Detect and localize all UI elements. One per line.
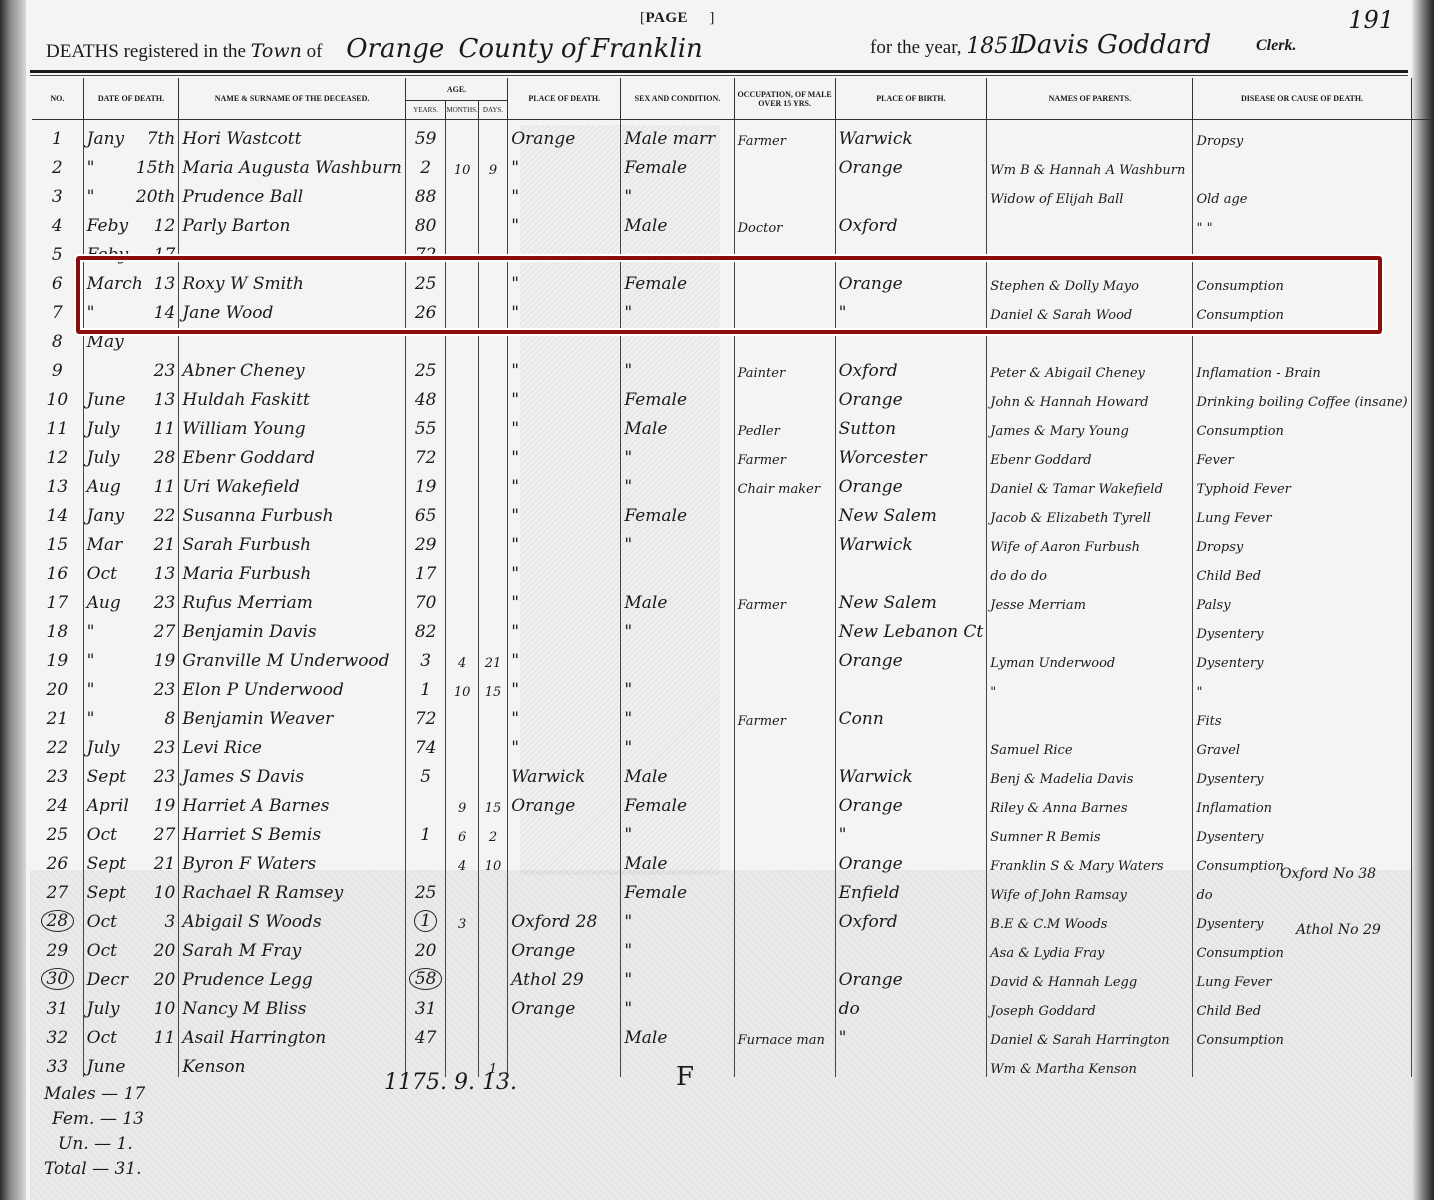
cell-months: [446, 439, 478, 468]
cell-margin: [1411, 439, 1434, 468]
cell-no: 12: [32, 439, 83, 468]
table-row: 10 June 13 Huldah Faskitt 48 " Female Or…: [32, 381, 1434, 410]
header-rule-thin: [30, 75, 1408, 76]
cell-days: 15: [478, 787, 507, 816]
cell-place-death: [508, 1048, 621, 1077]
table-row: 2 " 15th Maria Augusta Washburn 2 10 9 "…: [32, 149, 1434, 178]
cell-parents: Wm B & Hannah A Washburn: [987, 149, 1193, 178]
page-label: [PAGE ]: [640, 10, 715, 27]
cell-place-birth: Warwick: [835, 120, 987, 150]
cell-sex: Female: [621, 149, 734, 178]
cell-disease: Palsy: [1193, 584, 1411, 613]
cell-name: William Young: [179, 410, 406, 439]
table-row: 17 Aug 23 Rufus Merriam 70 " Male Farmer…: [32, 584, 1434, 613]
cell-place-death: ": [508, 671, 621, 700]
cell-no: 30: [32, 961, 83, 990]
cell-no: 27: [32, 874, 83, 903]
cell-no: 23: [32, 758, 83, 787]
cell-sex: Male: [621, 410, 734, 439]
cell-parents: [987, 207, 1193, 236]
circled-number: 28: [41, 910, 75, 932]
cell-date: July 23: [83, 729, 179, 758]
cell-margin: [1411, 845, 1434, 874]
cell-years: 29: [405, 526, 446, 555]
cell-months: [446, 584, 478, 613]
cell-name: Prudence Ball: [179, 178, 406, 207]
cell-days: [478, 468, 507, 497]
col-header-years: Years.: [405, 101, 446, 120]
cell-place-death: Orange: [508, 120, 621, 150]
cell-date: June: [83, 1048, 179, 1077]
cell-parents: B.E & C.M Woods: [987, 903, 1193, 932]
cell-sex: ": [621, 729, 734, 758]
cell-years: 17: [405, 555, 446, 584]
cell-days: [478, 729, 507, 758]
cell-place-birth: [835, 671, 987, 700]
cell-disease: Dysentery: [1193, 758, 1411, 787]
cell-occupation: [734, 961, 835, 990]
cell-months: [446, 120, 478, 150]
cell-sex: Male: [621, 758, 734, 787]
summary-males: Males — 17: [44, 1082, 145, 1107]
cell-disease: Lung Fever: [1193, 961, 1411, 990]
clerk-label: Clerk.: [1256, 37, 1296, 55]
cell-parents: Riley & Anna Barnes: [987, 787, 1193, 816]
cell-months: 3: [446, 903, 478, 932]
cell-no: 26: [32, 845, 83, 874]
cell-name: Maria Augusta Washburn: [179, 149, 406, 178]
cell-margin: [1411, 932, 1434, 961]
cell-place-death: ": [508, 468, 621, 497]
cell-sex: [621, 642, 734, 671]
table-row: 1 Jany 7th Hori Wastcott 59 Orange Male …: [32, 120, 1434, 150]
cell-occupation: Farmer: [734, 120, 835, 150]
cell-months: [446, 874, 478, 903]
cell-disease: Consumption: [1193, 1019, 1411, 1048]
cell-place-death: ": [508, 207, 621, 236]
cell-disease: Lung Fever: [1193, 497, 1411, 526]
cell-date: Oct 20: [83, 932, 179, 961]
cell-no: 14: [32, 497, 83, 526]
cell-date: Aug 23: [83, 584, 179, 613]
cell-sex: ": [621, 178, 734, 207]
cell-sex: Male: [621, 1019, 734, 1048]
cell-days: [478, 874, 507, 903]
cell-date: July 28: [83, 439, 179, 468]
cell-name: Nancy M Bliss: [179, 990, 406, 1019]
cell-parents: Sumner R Bemis: [987, 816, 1193, 845]
col-header-no: No.: [32, 78, 83, 120]
cell-days: [478, 381, 507, 410]
cell-parents: David & Hannah Legg: [987, 961, 1193, 990]
cell-days: [478, 555, 507, 584]
cell-parents: Joseph Goddard: [987, 990, 1193, 1019]
cell-parents: Wife of John Ramsay: [987, 874, 1193, 903]
cell-parents: Jacob & Elizabeth Tyrell: [987, 497, 1193, 526]
table-row: 29 Oct 20 Sarah M Fray 20 Orange " Asa &…: [32, 932, 1434, 961]
cell-years: [405, 787, 446, 816]
cell-margin: [1411, 178, 1434, 207]
cell-sex: ": [621, 439, 734, 468]
cell-sex: Female: [621, 497, 734, 526]
cell-occupation: [734, 758, 835, 787]
cell-no: 33: [32, 1048, 83, 1077]
cell-parents: Daniel & Sarah Harrington: [987, 1019, 1193, 1048]
table-row: 12 July 28 Ebenr Goddard 72 " " Farmer W…: [32, 439, 1434, 468]
cell-date: Jany 22: [83, 497, 179, 526]
cell-days: [478, 352, 507, 381]
cell-margin: [1411, 120, 1434, 150]
cell-years: 25: [405, 874, 446, 903]
table-row: 33 June Kenson 1 Wm & Martha Kenson: [32, 1048, 1434, 1077]
cell-margin: [1411, 410, 1434, 439]
cell-margin: [1411, 294, 1434, 323]
cell-date: Oct 27: [83, 816, 179, 845]
cell-no: 29: [32, 932, 83, 961]
cell-years: 25: [405, 352, 446, 381]
cell-sex: ": [621, 932, 734, 961]
table-row: 24 April 19 Harriet A Barnes 9 15 Orange…: [32, 787, 1434, 816]
cell-days: [478, 990, 507, 1019]
cell-margin: [1411, 323, 1434, 352]
cell-no: 15: [32, 526, 83, 555]
cell-name: Hori Wastcott: [179, 120, 406, 150]
cell-place-death: ": [508, 352, 621, 381]
cell-years: 65: [405, 497, 446, 526]
cell-years: 1: [405, 671, 446, 700]
cell-months: 6: [446, 816, 478, 845]
cell-months: [446, 381, 478, 410]
cell-days: [478, 497, 507, 526]
cell-name: Abigail S Woods: [179, 903, 406, 932]
table-row: 28 Oct 3 Abigail S Woods 1 3 Oxford 28 "…: [32, 903, 1434, 932]
cell-place-birth: Orange: [835, 468, 987, 497]
cell-name: Elon P Underwood: [179, 671, 406, 700]
cell-days: 9: [478, 149, 507, 178]
cell-disease: Inflamation: [1193, 787, 1411, 816]
cell-years: [405, 845, 446, 874]
cell-years: 82: [405, 613, 446, 642]
cell-occupation: Farmer: [734, 584, 835, 613]
cell-months: [446, 207, 478, 236]
cell-years: 58: [405, 961, 446, 990]
cell-place-death: ": [508, 381, 621, 410]
cell-date: April 19: [83, 787, 179, 816]
cell-margin: [1411, 961, 1434, 990]
cell-margin: [1411, 729, 1434, 758]
cell-date: 23: [83, 352, 179, 381]
cell-years: 59: [405, 120, 446, 150]
cell-margin: [1411, 555, 1434, 584]
cell-disease: Dropsy: [1193, 120, 1411, 150]
cell-name: Maria Furbush: [179, 555, 406, 584]
cell-sex: ": [621, 468, 734, 497]
cell-name: Uri Wakefield: [179, 468, 406, 497]
cell-place-birth: Oxford: [835, 903, 987, 932]
cell-margin: [1411, 265, 1434, 294]
cell-occupation: [734, 526, 835, 555]
cell-occupation: [734, 149, 835, 178]
cell-months: 10: [446, 149, 478, 178]
cell-months: [446, 468, 478, 497]
cell-place-birth: Sutton: [835, 410, 987, 439]
cell-parents: Widow of Elijah Ball: [987, 178, 1193, 207]
cell-place-death: ": [508, 700, 621, 729]
col-header-sex: Sex and Condition.: [621, 78, 734, 120]
cell-disease: Old age: [1193, 178, 1411, 207]
cell-days: [478, 526, 507, 555]
cell-occupation: [734, 555, 835, 584]
cell-margin: [1411, 787, 1434, 816]
cell-parents: Daniel & Tamar Wakefield: [987, 468, 1193, 497]
cell-sex: ": [621, 613, 734, 642]
cell-date: Oct 13: [83, 555, 179, 584]
cell-margin: [1411, 526, 1434, 555]
cell-place-birth: Orange: [835, 381, 987, 410]
cell-months: [446, 758, 478, 787]
book-binding-left: [0, 0, 26, 1200]
cell-place-death: ": [508, 584, 621, 613]
cell-disease: Dropsy: [1193, 526, 1411, 555]
cell-place-birth: New Salem: [835, 584, 987, 613]
cell-occupation: [734, 1048, 835, 1077]
cell-months: [446, 700, 478, 729]
cell-margin: [1411, 903, 1434, 932]
cell-place-death: [508, 816, 621, 845]
cell-margin: [1411, 149, 1434, 178]
register-title: DEATHS registered in the Town of Orange …: [46, 34, 703, 64]
cell-date: " 15th: [83, 149, 179, 178]
cell-name: Benjamin Davis: [179, 613, 406, 642]
cell-parents: [987, 700, 1193, 729]
cell-no: 4: [32, 207, 83, 236]
cell-place-death: ": [508, 526, 621, 555]
circled-age: 1: [414, 910, 437, 932]
table-row: 15 Mar 21 Sarah Furbush 29 " " Warwick W…: [32, 526, 1434, 555]
cell-place-death: Athol 29: [508, 961, 621, 990]
cell-sex: ": [621, 671, 734, 700]
cell-parents: [987, 120, 1193, 150]
table-row: 25 Oct 27 Harriet S Bemis 1 6 2 " " Sumn…: [32, 816, 1434, 845]
table-row: 20 " 23 Elon P Underwood 1 10 15 " " " ": [32, 671, 1434, 700]
cell-days: [478, 584, 507, 613]
cell-date: June 13: [83, 381, 179, 410]
table-row: 21 " 8 Benjamin Weaver 72 " " Farmer Con…: [32, 700, 1434, 729]
cell-place-death: Orange: [508, 990, 621, 1019]
cell-sex: Female: [621, 381, 734, 410]
cell-months: [446, 961, 478, 990]
cell-occupation: Farmer: [734, 700, 835, 729]
cell-place-birth: [835, 729, 987, 758]
death-register-table: No. Date of Death. Name & Surname of the…: [32, 78, 1434, 1077]
cell-place-death: ": [508, 410, 621, 439]
cell-occupation: [734, 787, 835, 816]
town-name: Orange: [346, 34, 444, 64]
cell-name: Byron F Waters: [179, 845, 406, 874]
cell-disease: Child Bed: [1193, 555, 1411, 584]
cell-margin: [1411, 758, 1434, 787]
cell-years: 74: [405, 729, 446, 758]
cell-occupation: Painter: [734, 352, 835, 381]
cell-days: [478, 700, 507, 729]
cell-months: [446, 613, 478, 642]
cell-disease: [1193, 149, 1411, 178]
col-header-place-birth: Place of Birth.: [835, 78, 987, 120]
table-row: 11 July 11 William Young 55 " Male Pedle…: [32, 410, 1434, 439]
cell-place-birth: Orange: [835, 787, 987, 816]
col-header-margin: [1411, 78, 1434, 120]
cell-no: 13: [32, 468, 83, 497]
cell-years: 20: [405, 932, 446, 961]
cell-years: 5: [405, 758, 446, 787]
cell-place-birth: Orange: [835, 845, 987, 874]
cell-months: 9: [446, 787, 478, 816]
cell-place-death: [508, 1019, 621, 1048]
table-row: 22 July 23 Levi Rice 74 " " Samuel Rice …: [32, 729, 1434, 758]
cell-days: 15: [478, 671, 507, 700]
cell-occupation: [734, 729, 835, 758]
cell-name: James S Davis: [179, 758, 406, 787]
cell-years: 1: [405, 816, 446, 845]
county-label: County of: [458, 34, 586, 64]
cell-days: [478, 207, 507, 236]
cell-name: Abner Cheney: [179, 352, 406, 381]
col-header-date: Date of Death.: [83, 78, 179, 120]
cell-date: Sept 10: [83, 874, 179, 903]
cell-name: Rachael R Ramsey: [179, 874, 406, 903]
summary-total: Total — 31.: [44, 1157, 145, 1182]
cell-margin: [1411, 1019, 1434, 1048]
table-row: 31 July 10 Nancy M Bliss 31 Orange " do …: [32, 990, 1434, 1019]
cell-sex: Female: [621, 874, 734, 903]
table-row: 4 Feby 12 Parly Barton 80 " Male Doctor …: [32, 207, 1434, 236]
cell-margin: [1411, 497, 1434, 526]
col-header-days: Days.: [478, 101, 507, 120]
cell-days: [478, 932, 507, 961]
cell-parents: Samuel Rice: [987, 729, 1193, 758]
table-row: 14 Jany 22 Susanna Furbush 65 " Female N…: [32, 497, 1434, 526]
cell-years: 72: [405, 700, 446, 729]
cell-months: [446, 178, 478, 207]
cell-name: Sarah Furbush: [179, 526, 406, 555]
cell-no: 25: [32, 816, 83, 845]
cell-days: [478, 961, 507, 990]
cell-no: 11: [32, 410, 83, 439]
corner-mark: F: [676, 1062, 694, 1092]
cell-months: [446, 410, 478, 439]
cell-place-birth: Conn: [835, 700, 987, 729]
cell-days: [478, 178, 507, 207]
cell-months: [446, 555, 478, 584]
cell-no: 19: [32, 642, 83, 671]
cell-date: Oct 11: [83, 1019, 179, 1048]
cell-date: Oct 3: [83, 903, 179, 932]
cell-date: " 8: [83, 700, 179, 729]
cell-date: Sept 21: [83, 845, 179, 874]
cell-occupation: [734, 816, 835, 845]
cell-occupation: [734, 497, 835, 526]
cell-date: " 20th: [83, 178, 179, 207]
cell-parents: Lyman Underwood: [987, 642, 1193, 671]
cell-months: [446, 526, 478, 555]
cell-days: [478, 758, 507, 787]
cell-place-birth: Oxford: [835, 352, 987, 381]
cell-months: [446, 497, 478, 526]
table-row: 32 Oct 11 Asail Harrington 47 Male Furna…: [32, 1019, 1434, 1048]
cell-place-death: Oxford 28: [508, 903, 621, 932]
cell-years: 3: [405, 642, 446, 671]
cell-disease: Inflamation - Brain: [1193, 352, 1411, 381]
table-row: 9 23 Abner Cheney 25 " " Painter Oxford …: [32, 352, 1434, 381]
cell-disease: [1193, 1048, 1411, 1077]
table-row: 16 Oct 13 Maria Furbush 17 " do do do Ch…: [32, 555, 1434, 584]
cell-no: 31: [32, 990, 83, 1019]
cell-sex: Male: [621, 207, 734, 236]
cell-place-birth: ": [835, 1019, 987, 1048]
cell-place-death: ": [508, 729, 621, 758]
cell-date: " 27: [83, 613, 179, 642]
cell-margin: [1411, 642, 1434, 671]
cell-margin: [1411, 1048, 1434, 1077]
col-header-parents: Names of Parents.: [987, 78, 1193, 120]
highlight-box-rows-6-7: [76, 256, 1382, 334]
cell-parents: do do do: [987, 555, 1193, 584]
col-header-occupation: Occupation, of Male over 15 yrs.: [734, 78, 835, 120]
cell-parents: James & Mary Young: [987, 410, 1193, 439]
cell-place-death: ": [508, 555, 621, 584]
cell-margin: [1411, 207, 1434, 236]
cell-margin: [1411, 700, 1434, 729]
cell-occupation: [734, 178, 835, 207]
cell-occupation: Doctor: [734, 207, 835, 236]
cell-occupation: [734, 874, 835, 903]
cell-date: Feby 12: [83, 207, 179, 236]
cell-years: 1: [405, 903, 446, 932]
cell-sex: ": [621, 990, 734, 1019]
cell-months: 10: [446, 671, 478, 700]
cell-disease: Dysentery: [1193, 613, 1411, 642]
cell-place-birth: [835, 555, 987, 584]
cell-no: 20: [32, 671, 83, 700]
cell-name: Benjamin Weaver: [179, 700, 406, 729]
cell-place-death: ": [508, 178, 621, 207]
cell-occupation: [734, 381, 835, 410]
cell-place-birth: Worcester: [835, 439, 987, 468]
cell-days: [478, 410, 507, 439]
cell-years: 70: [405, 584, 446, 613]
county-name: Franklin: [591, 34, 703, 64]
summary-totals: Males — 17 Fem. — 13 Un. — 1. Total — 31…: [44, 1082, 145, 1182]
cell-name: Levi Rice: [179, 729, 406, 758]
cell-name: Prudence Legg: [179, 961, 406, 990]
cell-occupation: [734, 671, 835, 700]
cell-disease: Fever: [1193, 439, 1411, 468]
cell-parents: Ebenr Goddard: [987, 439, 1193, 468]
cell-days: 10: [478, 845, 507, 874]
cell-place-birth: Orange: [835, 149, 987, 178]
cell-months: [446, 990, 478, 1019]
cell-no: 21: [32, 700, 83, 729]
cell-parents: Wm & Martha Kenson: [987, 1048, 1193, 1077]
header-rule: [30, 70, 1408, 73]
cell-years: 72: [405, 439, 446, 468]
cell-name: Kenson: [179, 1048, 406, 1077]
page-number: 191: [1348, 6, 1394, 34]
cell-no: 1: [32, 120, 83, 150]
table-row: 27 Sept 10 Rachael R Ramsey 25 Female En…: [32, 874, 1434, 903]
table-row: 30 Decr 20 Prudence Legg 58 Athol 29 " O…: [32, 961, 1434, 990]
cell-place-death: [508, 845, 621, 874]
